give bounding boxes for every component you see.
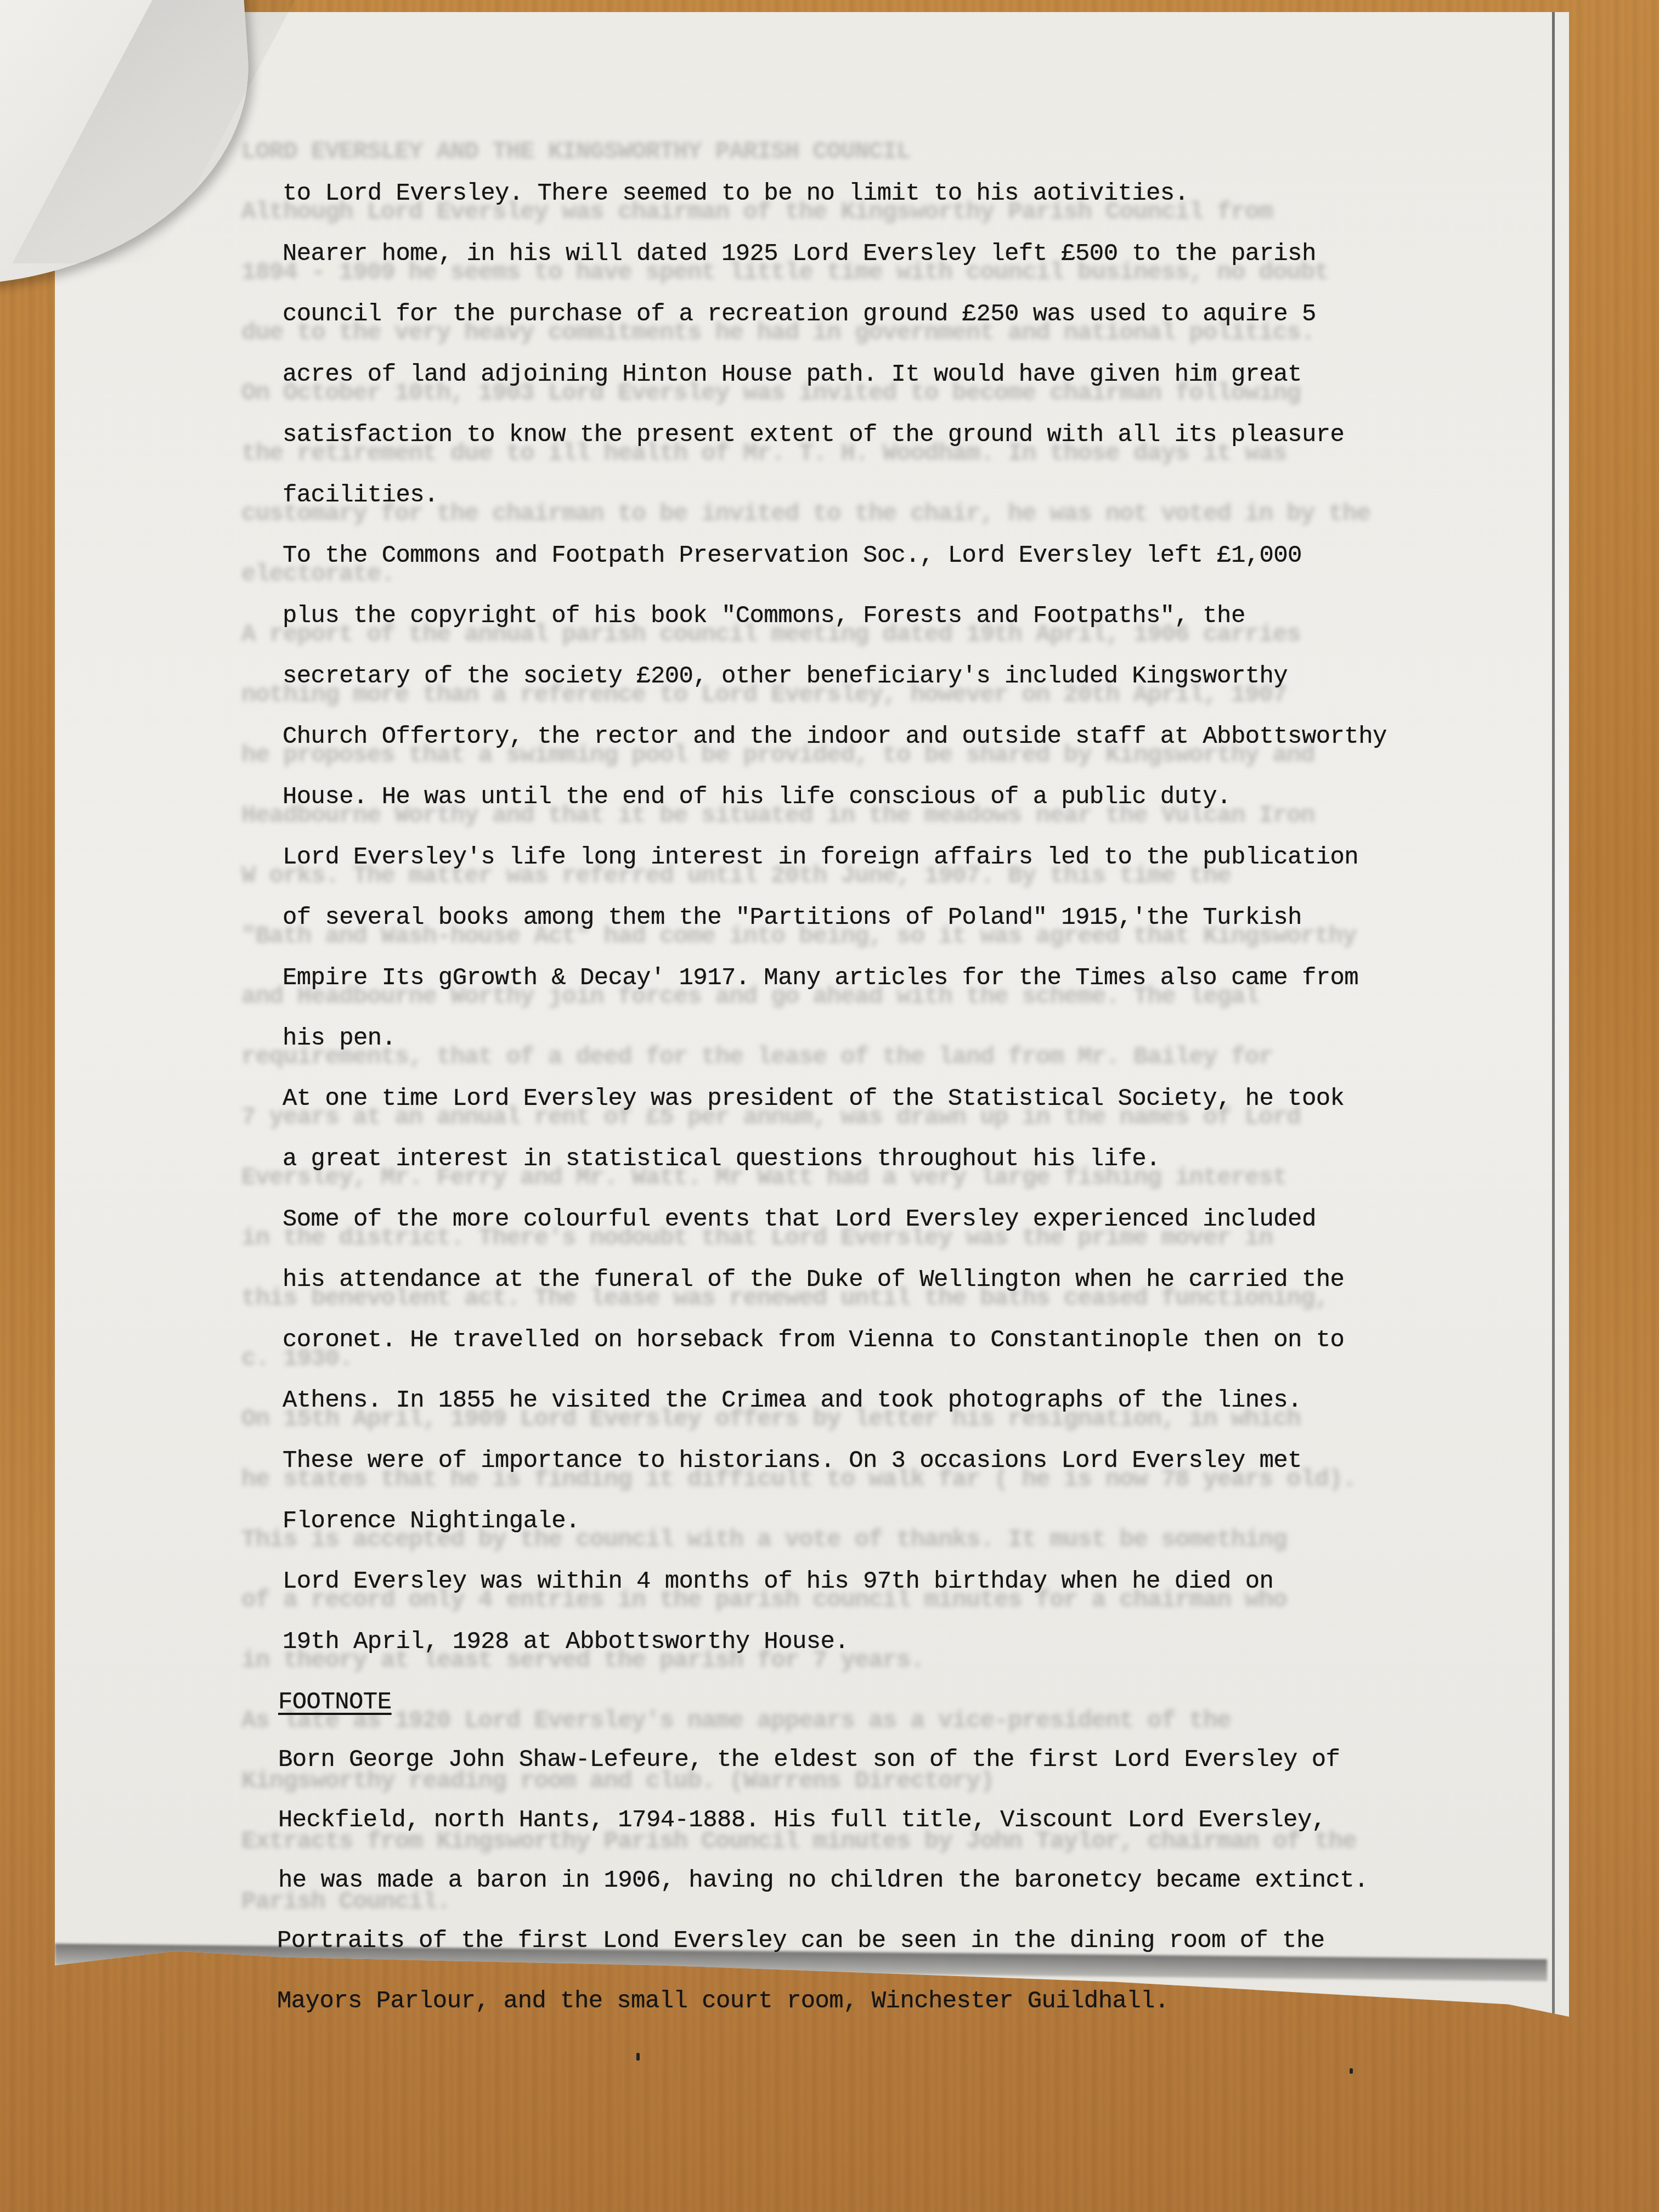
footnote-line: Portraits of the first Lond Eversley can…	[277, 1911, 1489, 1971]
text-line: Lord Eversley's life long interest in fo…	[283, 827, 1489, 888]
page-right-edge	[1552, 12, 1555, 2064]
typed-text-body: to Lord Eversley. There seemed to be no …	[283, 163, 1489, 2032]
text-line: secretary of the society £200, other ben…	[283, 646, 1489, 707]
footnote-line: he was made a baron in 1906, having no c…	[278, 1850, 1489, 1911]
text-line: House. He was until the end of his life …	[283, 767, 1489, 827]
text-line: his attendance at the funeral of the Duk…	[283, 1250, 1489, 1310]
footnote-line: Mayors Parlour, and the small court room…	[277, 1971, 1489, 2032]
text-line: a great interest in statistical question…	[283, 1129, 1489, 1189]
text-line: 19th April, 1928 at Abbottsworthy House.	[283, 1612, 1489, 1672]
footnote-heading: FOOTNOTE	[278, 1672, 1489, 1730]
text-line: to Lord Eversley. There seemed to be no …	[283, 163, 1489, 224]
text-line: Florence Nightingale.	[283, 1491, 1489, 1551]
ink-mark	[636, 2053, 640, 2061]
text-line: plus the copyright of his book "Commons,…	[283, 586, 1489, 646]
text-line: Nearer home, in his will dated 1925 Lord…	[283, 224, 1489, 284]
text-line: Lord Eversley was within 4 months of his…	[283, 1551, 1489, 1612]
text-line: council for the purchase of a recreation…	[283, 284, 1489, 345]
text-line: To the Commons and Footpath Preservation…	[283, 526, 1489, 586]
text-line: satisfaction to know the present extent …	[283, 405, 1489, 465]
text-line: Empire Its gGrowth & Decay' 1917. Many a…	[283, 948, 1489, 1008]
text-line: of several books among them the "Partiti…	[283, 888, 1489, 948]
show-through-title: LORD EVERSLEY AND THE KINGSWORTHY PARISH…	[241, 137, 1503, 167]
text-line: facilities.	[283, 465, 1489, 526]
text-line: Some of the more colourful events that L…	[283, 1189, 1489, 1250]
text-line: These were of importance to historians. …	[283, 1431, 1489, 1491]
text-line: coronet. He travelled on horseback from …	[283, 1310, 1489, 1370]
footnote-heading-text: FOOTNOTE	[278, 1689, 391, 1716]
text-line: Athens. In 1855 he visited the Crimea an…	[283, 1370, 1489, 1431]
footnote-line: Heckfield, north Hants, 1794-1888. His f…	[278, 1790, 1489, 1850]
ink-mark	[1350, 2068, 1353, 2074]
footnote-line: Born George John Shaw-Lefeure, the eldes…	[278, 1730, 1489, 1790]
text-line: acres of land adjoining Hinton House pat…	[283, 345, 1489, 405]
text-line: Church Offertory, the rector and the ind…	[283, 707, 1489, 767]
text-line: his pen.	[283, 1008, 1489, 1069]
text-line: At one time Lord Eversley was president …	[283, 1069, 1489, 1129]
